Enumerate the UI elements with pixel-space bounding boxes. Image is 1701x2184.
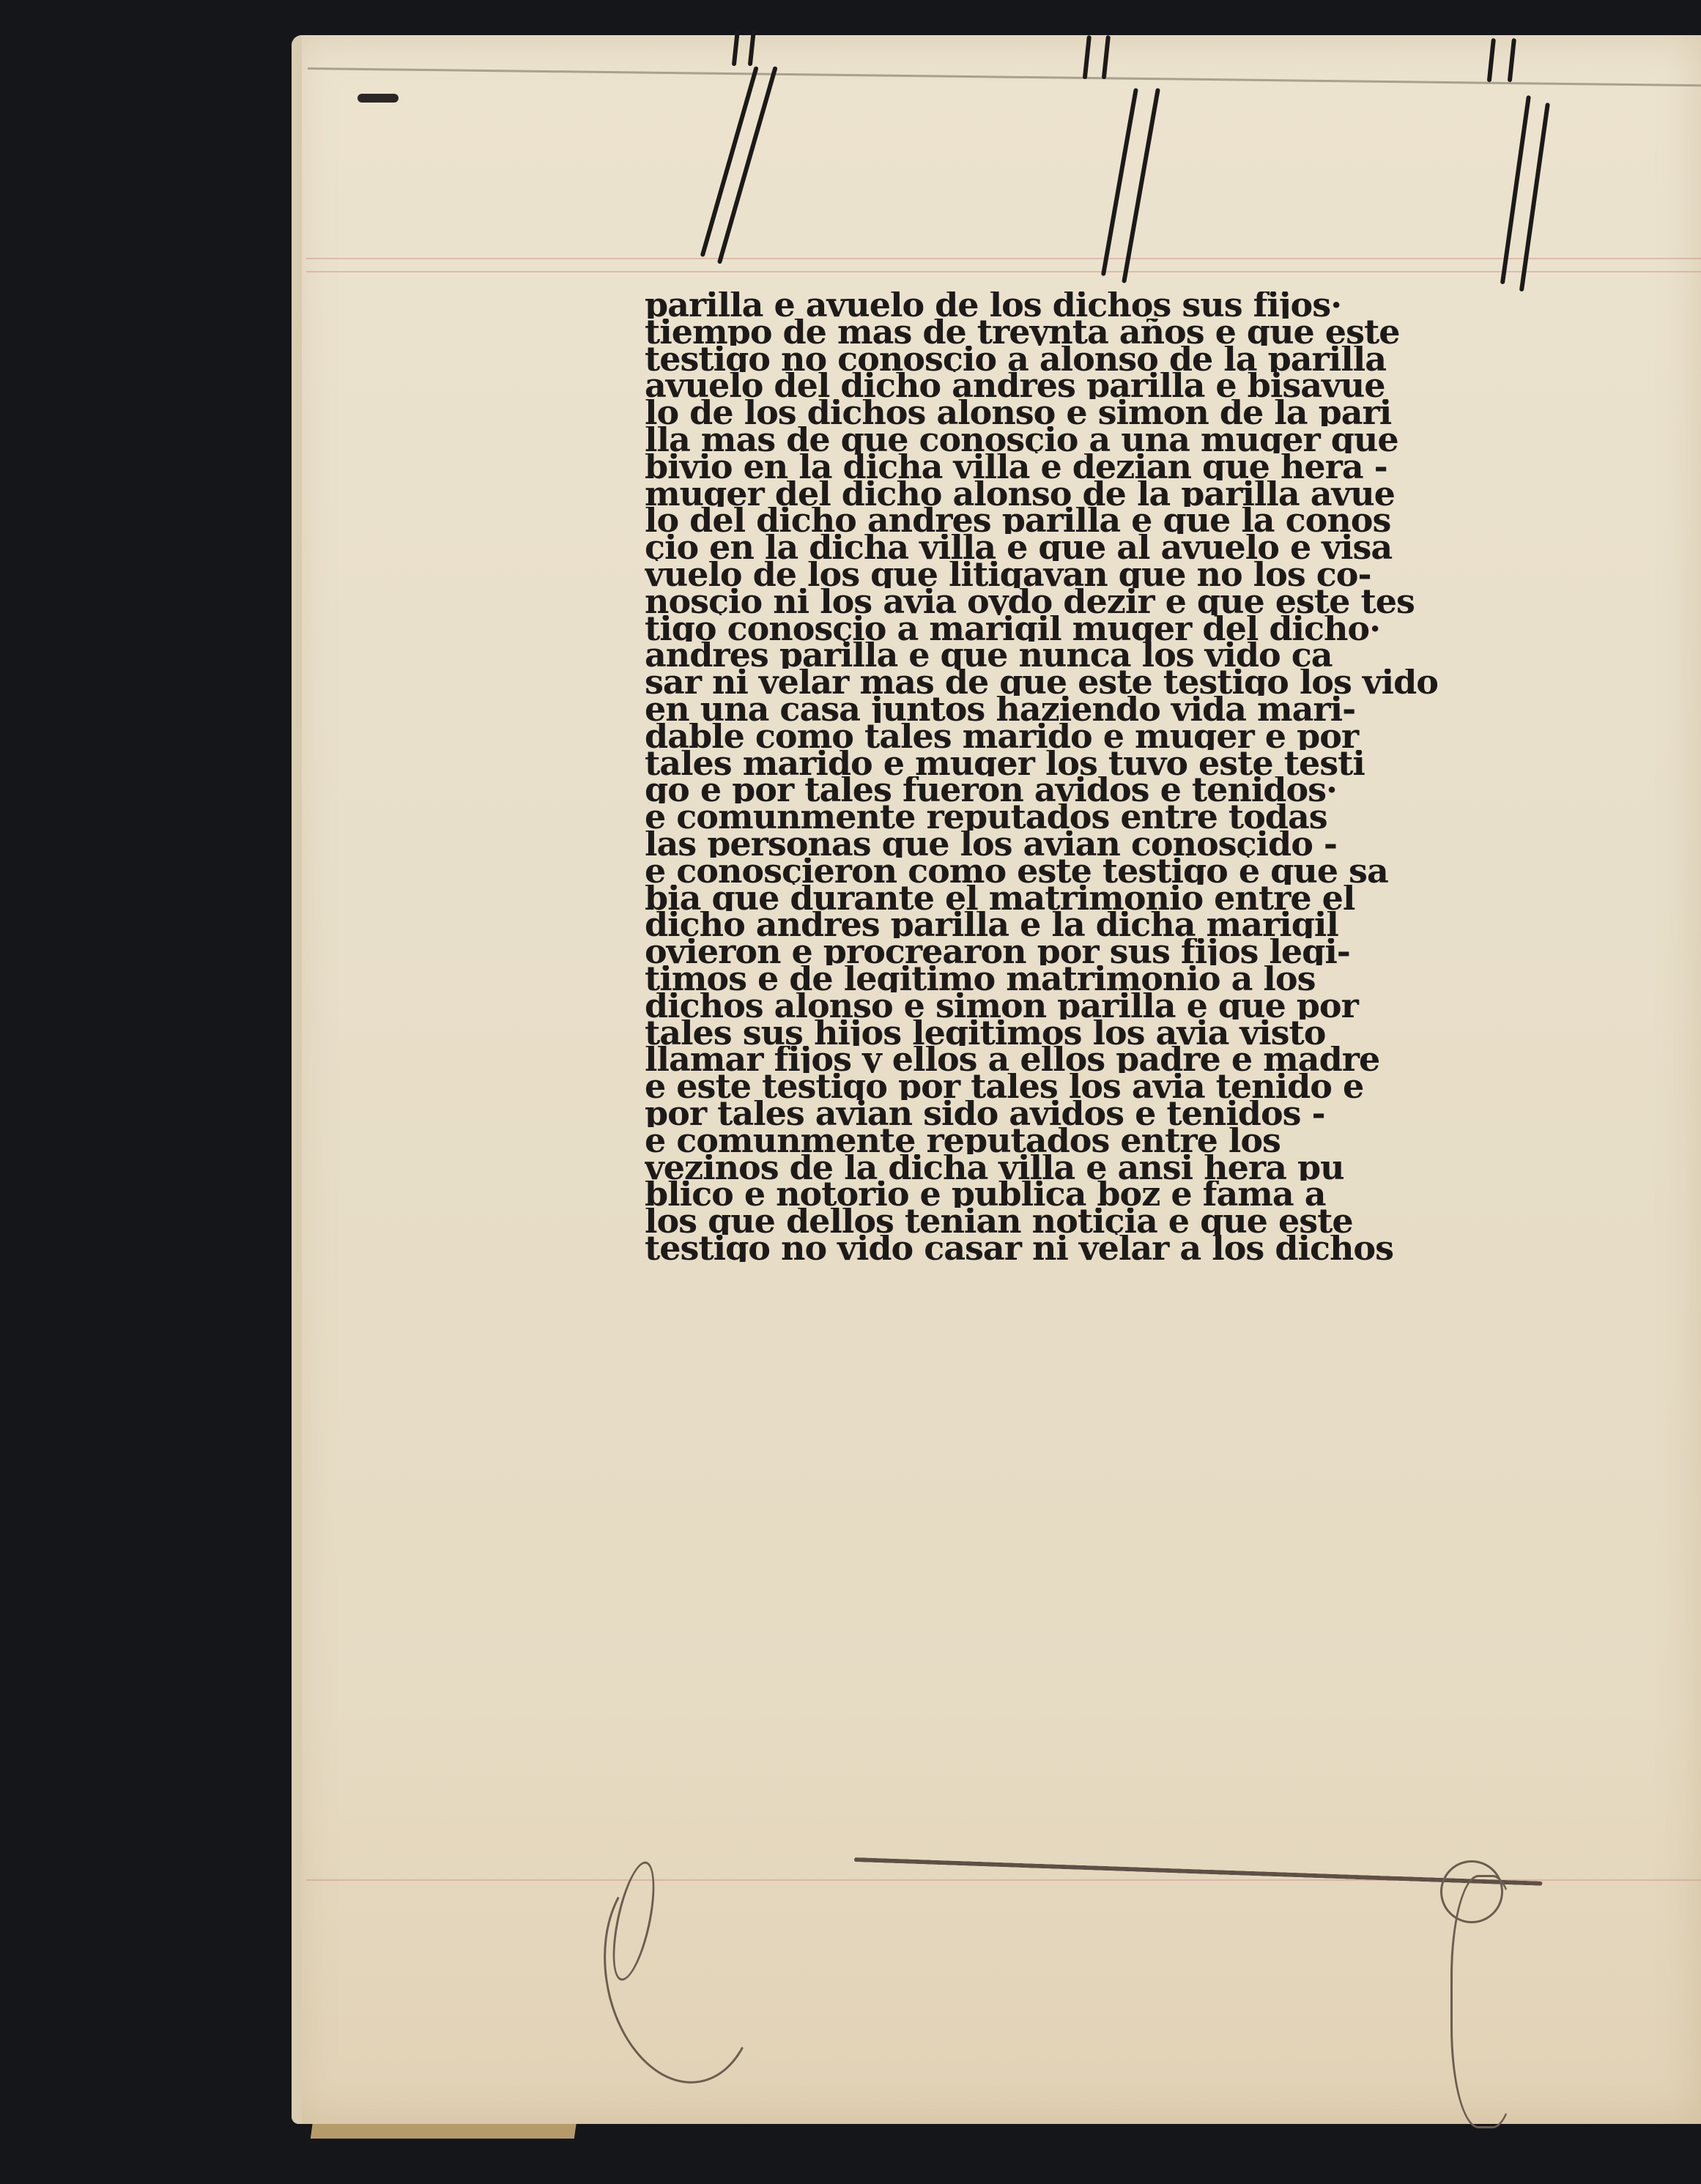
text-line: lo del dicho andres parilla e que la con…: [645, 507, 1575, 534]
text-line: por tales avian sido avidos e tenidos -: [645, 1100, 1575, 1127]
text-line: bia que durante el matrimonio entre el: [645, 885, 1575, 912]
text-line: dable como tales marido e muger e por: [645, 723, 1575, 750]
text-line: e comunmente reputados entre los: [645, 1127, 1575, 1154]
text-line: en una casa juntos haziendo vida mari-: [645, 696, 1575, 723]
text-line: parilla e avuelo de los dichos sus fijos…: [645, 291, 1575, 319]
text-line: lla mas de que conosçio a una muger que: [645, 426, 1575, 453]
text-line: tales marido e muger los tuvo este testi: [645, 750, 1575, 777]
text-line: andres parilla e que nunca los vido ca: [645, 642, 1575, 669]
text-line: llamar fijos y ellos a ellos padre e mad…: [645, 1046, 1575, 1073]
text-line: e conosçieron como este testigo e que sa: [645, 858, 1575, 885]
text-line: ovieron e procrearon por sus fijos legi-: [645, 938, 1575, 965]
folio-left-edge: [292, 35, 302, 2124]
text-line: bivio en la dicha villa e dezian que her…: [645, 453, 1575, 480]
text-line: dichos alonso e simon parilla e que por: [645, 992, 1575, 1019]
text-line: tiempo de mas de treynta años e que este: [645, 319, 1575, 346]
manuscript-text: parilla e avuelo de los dichos sus fijos…: [645, 291, 1575, 1262]
text-line: vezinos de la dicha villa e ansi hera pu: [645, 1154, 1575, 1181]
text-line: e comunmente reputados entre todas: [645, 803, 1575, 831]
text-line: dicho andres parilla e la dicha marigil: [645, 911, 1575, 938]
text-line: blico e notorio e publica boz e fama a: [645, 1181, 1575, 1208]
text-line: nosçio ni los avia oydo dezir e que este…: [645, 588, 1575, 615]
text-line: tales sus hijos legitimos los avia visto: [645, 1019, 1575, 1047]
text-line: testigo no conosçio a alonso de la paril…: [645, 346, 1575, 373]
text-line: e este testigo por tales los avia tenido…: [645, 1073, 1575, 1100]
text-line: los que dellos tenian notiçia e que este: [645, 1208, 1575, 1235]
right-rubric-body: [1450, 1875, 1521, 2128]
ruling-line: [306, 258, 1701, 259]
text-line: avuelo del dicho andres parilla e bisavu…: [645, 372, 1575, 399]
ruling-line: [306, 271, 1701, 272]
text-line: las personas que los avian conosçido -: [645, 831, 1575, 858]
text-line: lo de los dichos alonso e simon de la pa…: [645, 399, 1575, 426]
margin-dash-mark: [357, 94, 399, 103]
text-line: sar ni velar mas de que este testigo los…: [645, 669, 1575, 696]
text-line: go e por tales fueron avidos e tenidos·: [645, 776, 1575, 803]
text-line: çio en la dicha villa e que al avuelo e …: [645, 534, 1575, 561]
text-line: timos e de legitimo matrimonio a los: [645, 965, 1575, 992]
text-line: vuelo de los que litigavan que no los co…: [645, 561, 1575, 588]
text-line: testigo no vido casar ni velar a los dic…: [645, 1235, 1575, 1262]
text-line: muger del dicho alonso de la parilla avu…: [645, 480, 1575, 508]
text-line: tigo conosçio a marigil muger del dicho·: [645, 615, 1575, 642]
